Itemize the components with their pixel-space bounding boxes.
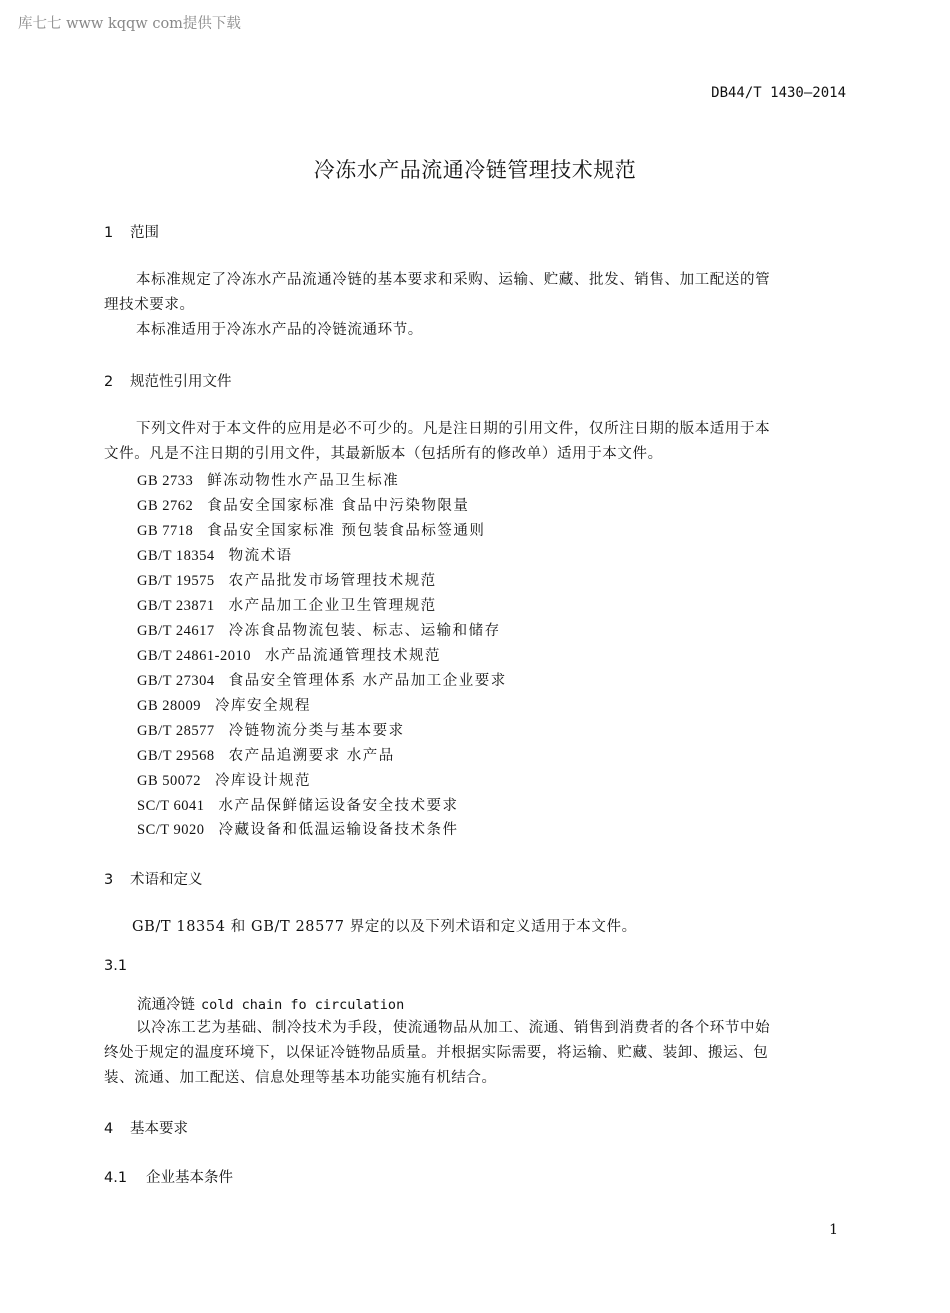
reference-name: 物流术语: [229, 548, 293, 564]
reference-name: 冷藏设备和低温运输设备技术条件: [218, 822, 458, 838]
section-2-intro: 下列文件对于本文件的应用是必不可少的。凡是注日期的引用文件，仅所注日期的版本适用…: [104, 417, 847, 467]
text-line: 下列文件对于本文件的应用是必不可少的。凡是注日期的引用文件，仅所注日期的版本适用…: [104, 417, 847, 442]
text-line: 本标准规定了冷冻水产品流通冷链的基本要求和采购、运输、贮藏、批发、销售、加工配送…: [104, 268, 847, 293]
reference-code: GB 7718: [137, 523, 193, 539]
reference-name: 水产品加工企业卫生管理规范: [229, 598, 437, 614]
text-line: 装、流通、加工配送、信息处理等基本功能实施有机结合。: [104, 1066, 847, 1091]
section-4-heading: 4基本要求: [104, 1117, 188, 1138]
reference-name: 冷库设计规范: [215, 773, 311, 789]
reference-code: GB 2733: [137, 473, 193, 489]
section-number: 4: [104, 1121, 130, 1137]
reference-item: GB/T 27304食品安全管理体系 水产品加工企业要求: [137, 669, 507, 690]
reference-item: GB/T 23871水产品加工企业卫生管理规范: [137, 594, 437, 615]
text-line: 终处于规定的温度环境下，以保证冷链物品质量。并根据实际需要，将运输、贮藏、装卸、…: [104, 1041, 847, 1066]
section-1-heading: 1范围: [104, 221, 159, 242]
reference-name: 冷链物流分类与基本要求: [229, 723, 405, 739]
reference-item: SC/T 6041水产品保鲜储运设备安全技术要求: [137, 794, 458, 815]
reference-code: GB/T 18354: [137, 548, 215, 564]
reference-code: SC/T 9020: [137, 822, 204, 838]
section-title: 基本要求: [130, 1121, 188, 1137]
reference-item: GB/T 18354物流术语: [137, 544, 293, 565]
section-title: 规范性引用文件: [130, 374, 232, 390]
reference-item: GB/T 24861-2010水产品流通管理技术规范: [137, 644, 441, 665]
standard-code: DB44/T 1430—2014: [711, 85, 846, 101]
section-number: 2: [104, 374, 130, 390]
reference-code: GB/T 28577: [137, 723, 215, 739]
section-3-heading: 3术语和定义: [104, 868, 203, 889]
reference-item: GB/T 29568农产品追溯要求 水产品: [137, 744, 395, 765]
subsection-number: 4.1: [104, 1170, 146, 1186]
subsection-3-1-number: 3.1: [104, 958, 127, 974]
reference-item: GB/T 24617冷冻食品物流包装、标志、运输和储存: [137, 619, 501, 640]
reference-item: GB/T 28577冷链物流分类与基本要求: [137, 719, 405, 740]
term-definition: 以冷冻工艺为基础、制冷技术为手段，使流通物品从加工、流通、销售到消费者的各个环节…: [104, 1016, 847, 1091]
subsection-title: 企业基本条件: [146, 1170, 233, 1186]
section-2-heading: 2规范性引用文件: [104, 370, 232, 391]
section-title: 范围: [130, 225, 159, 241]
text-line: GB/T 18354 和 GB/T 28577 界定的以及下列术语和定义适用于本…: [132, 915, 637, 940]
reference-name: 水产品流通管理技术规范: [265, 648, 441, 664]
reference-name: 鲜冻动物性水产品卫生标准: [207, 473, 399, 489]
reference-code: GB/T 29568: [137, 748, 215, 764]
reference-item: GB 2762食品安全国家标准 食品中污染物限量: [137, 494, 469, 515]
reference-code: GB/T 24861-2010: [137, 648, 251, 664]
term-english: cold chain fo circulation: [201, 997, 404, 1013]
reference-item: GB 50072冷库设计规范: [137, 769, 311, 790]
section-number: 3: [104, 872, 130, 888]
text-line: 文件。凡是不注日期的引用文件，其最新版本（包括所有的修改单）适用于本文件。: [104, 442, 847, 467]
reference-name: 食品安全国家标准 食品中污染物限量: [207, 498, 469, 514]
reference-code: GB 28009: [137, 698, 201, 714]
reference-item: GB 2733鲜冻动物性水产品卫生标准: [137, 469, 399, 490]
reference-item: SC/T 9020冷藏设备和低温运输设备技术条件: [137, 818, 458, 839]
reference-name: 农产品批发市场管理技术规范: [229, 573, 437, 589]
reference-item: GB/T 19575农产品批发市场管理技术规范: [137, 569, 437, 590]
reference-name: 冷库安全规程: [215, 698, 311, 714]
section-title: 术语和定义: [130, 872, 203, 888]
section-1-paragraph-1: 本标准规定了冷冻水产品流通冷链的基本要求和采购、运输、贮藏、批发、销售、加工配送…: [104, 268, 847, 318]
reference-name: 冷冻食品物流包装、标志、运输和储存: [229, 623, 501, 639]
reference-code: GB 50072: [137, 773, 201, 789]
reference-name: 食品安全管理体系 水产品加工企业要求: [229, 673, 507, 689]
reference-code: GB/T 24617: [137, 623, 215, 639]
reference-name: 食品安全国家标准 预包装食品标签通则: [207, 523, 485, 539]
term-chinese: 流通冷链: [137, 997, 195, 1013]
reference-code: GB 2762: [137, 498, 193, 514]
reference-item: GB 28009冷库安全规程: [137, 694, 311, 715]
section-1-paragraph-2: 本标准适用于冷冻水产品的冷链流通环节。: [104, 318, 847, 343]
reference-code: GB/T 27304: [137, 673, 215, 689]
reference-name: 农产品追溯要求 水产品: [229, 748, 395, 764]
page-number: 1: [829, 1222, 838, 1238]
section-number: 1: [104, 225, 130, 241]
section-3-intro: GB/T 18354 和 GB/T 28577 界定的以及下列术语和定义适用于本…: [132, 915, 637, 940]
text-line: 理技术要求。: [104, 293, 847, 318]
subsection-4-1-heading: 4.1企业基本条件: [104, 1166, 233, 1187]
text-line: 本标准适用于冷冻水产品的冷链流通环节。: [104, 318, 847, 343]
document-title: 冷冻水产品流通冷链管理技术规范: [0, 154, 950, 184]
reference-code: GB/T 23871: [137, 598, 215, 614]
reference-code: SC/T 6041: [137, 798, 204, 814]
term-entry: 流通冷链cold chain fo circulation: [137, 993, 404, 1014]
reference-code: GB/T 19575: [137, 573, 215, 589]
reference-name: 水产品保鲜储运设备安全技术要求: [218, 798, 458, 814]
watermark: 库七七 www kqqw com提供下载: [18, 12, 241, 33]
reference-item: GB 7718食品安全国家标准 预包装食品标签通则: [137, 519, 485, 540]
text-line: 以冷冻工艺为基础、制冷技术为手段，使流通物品从加工、流通、销售到消费者的各个环节…: [104, 1016, 847, 1041]
